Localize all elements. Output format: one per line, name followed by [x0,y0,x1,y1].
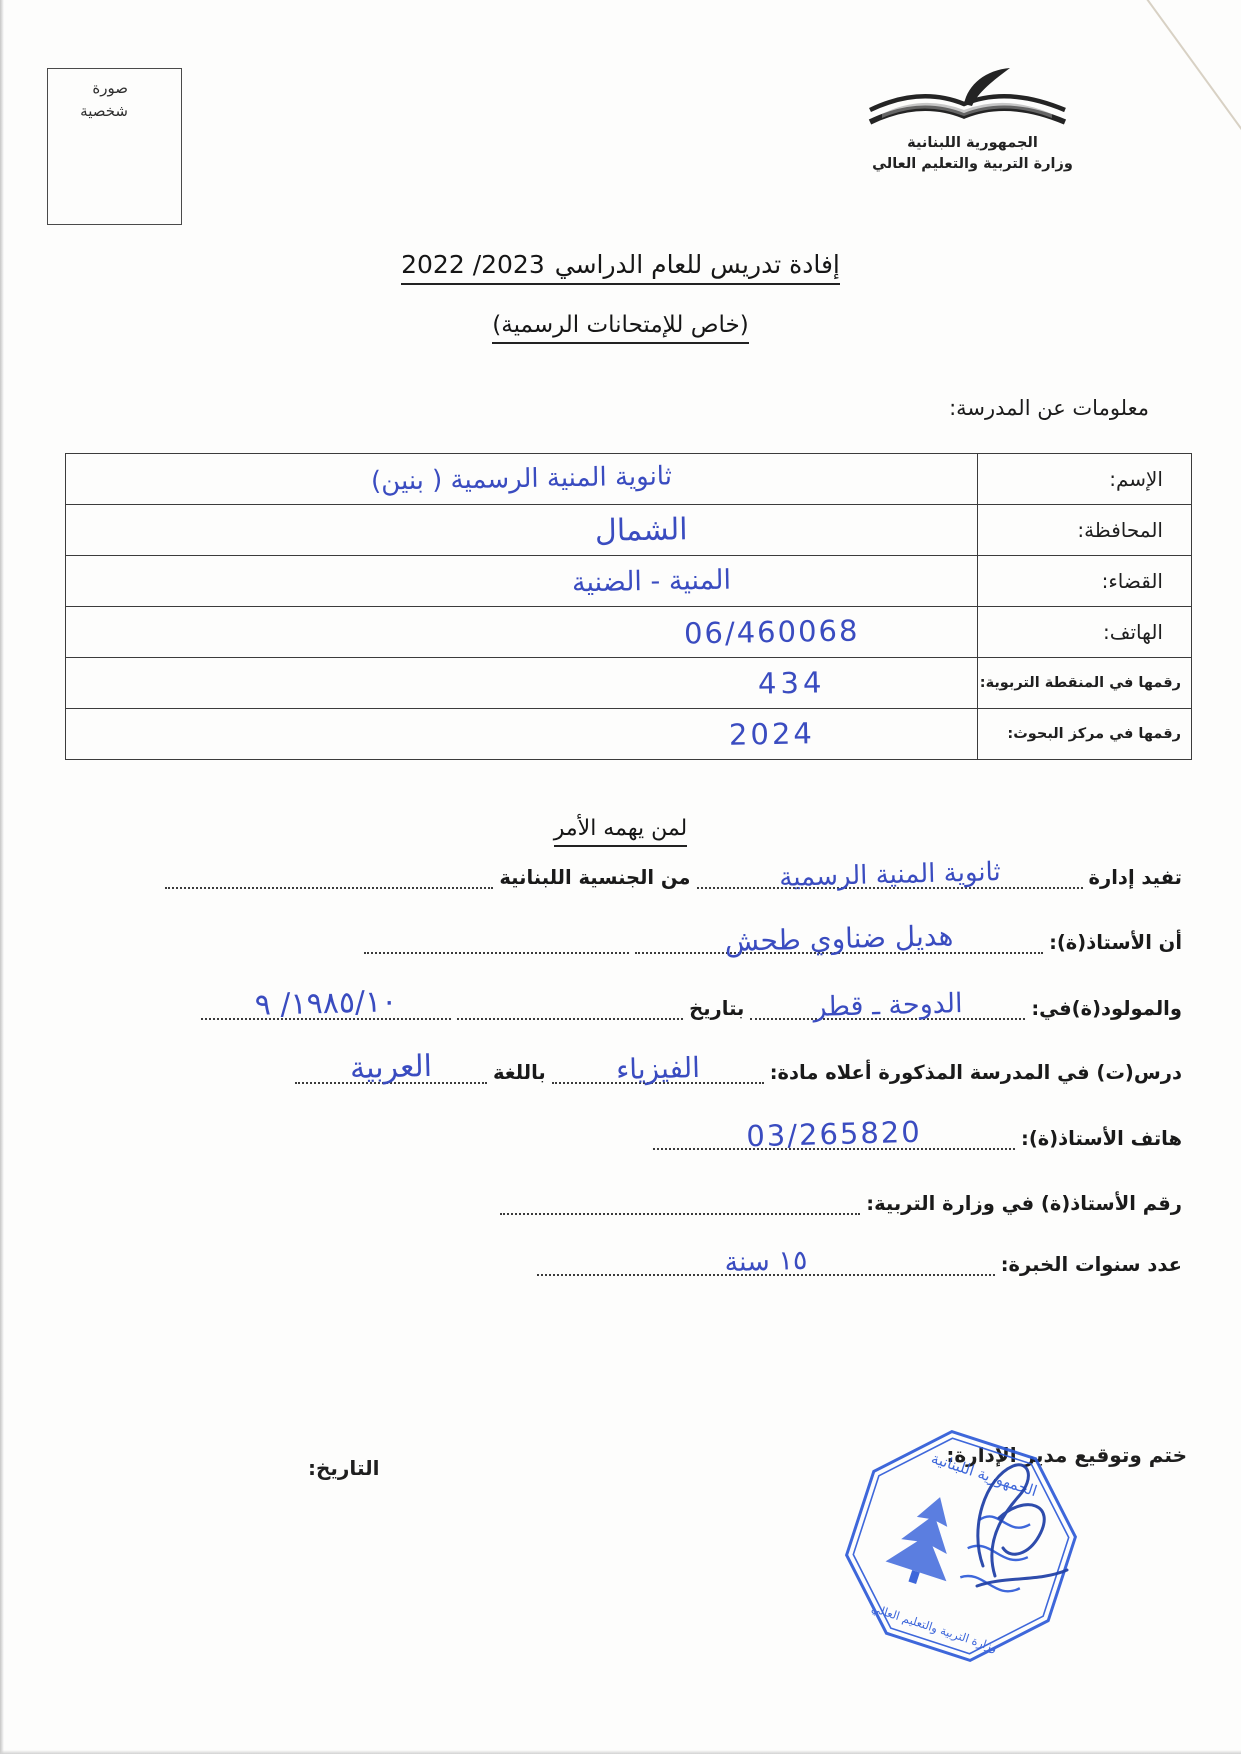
line5-prefix: هاتف الأستاذ(ة): [1021,1127,1182,1150]
subject-line: درس(ت) في المدرسة المذكورة أعلاه مادة: ا… [292,1061,1185,1084]
experience-line: عدد سنوات الخبرة: ١٥ سنة [534,1253,1185,1276]
scanned-teaching-certificate: صورة شخصية الجمهورية اللبنانية وزارة الت… [0,0,1241,1754]
photo-placeholder-box: صورة شخصية [47,68,182,225]
row-label: القضاء: [977,556,1191,606]
form-title-text: إفادة تدريس للعام الدراسي [555,250,840,279]
scan-edge-artifact [0,1750,1241,1754]
handwritten-school-phone: 06/460068 [684,613,860,650]
nationality-text: من الجنسية اللبنانية [499,866,690,889]
ministry-name-block: الجمهورية اللبنانية وزارة التربية والتعل… [845,133,1100,175]
scan-fold-line [1144,0,1241,136]
handwritten-governorate: الشمال [595,512,688,549]
table-row: القضاء: المنية - الضنية [66,556,1191,607]
language-label: باللغة [493,1061,546,1084]
dotted-field [165,873,493,889]
dotted-field [364,938,629,954]
photo-box-label: صورة شخصية [60,77,128,122]
birthdate-label: بتاريخ [689,997,744,1020]
handwritten-school-name: ثانوية المنية الرسمية [778,857,1000,893]
table-row: الإسم: ثانوية المنية الرسمية ( بنين) [66,454,1191,505]
row-label: رقمها في مركز البحوث: [977,709,1191,759]
handwritten-district: المنية - الضنية [572,564,731,598]
line4-prefix: درس(ت) في المدرسة المذكورة أعلاه مادة: [770,1061,1182,1084]
handwritten-birthdate: ١٩٨٥/١٠/ ٩ [254,984,397,1023]
handwritten-district-number: 434 [758,665,826,700]
row-value-cell: 434 [66,658,977,708]
dotted-field-teacher-phone: 03/265820 [653,1134,1015,1150]
table-row: رقمها في مركز البحوث: 2024 [66,709,1191,759]
dotted-field-school-name: ثانوية المنية الرسمية [697,873,1083,889]
line2-prefix: أن الأستاذ(ة): [1049,931,1182,954]
administration-line: تفيد إدارة ثانوية المنية الرسمية من الجن… [162,866,1185,889]
ministry-book-logo-icon [860,66,1075,136]
table-row: الهاتف: 06/460068 [66,607,1191,658]
dotted-field-experience: ١٥ سنة [537,1260,995,1276]
row-label: رقمها في المنقطة التربوية: [977,658,1191,708]
school-info-table: الإسم: ثانوية المنية الرسمية ( بنين) الم… [65,453,1192,760]
dotted-field-language: العربية [295,1068,487,1084]
signature [955,1448,1085,1598]
handwritten-teacher-name: هديل ضناوي طحش [724,919,953,958]
to-whom-it-may-concern-heading: لمن يهمه الأمر [0,816,1241,841]
dotted-field-teacher-name: هديل ضناوي طحش [635,938,1043,954]
school-info-heading: معلومات عن المدرسة: [949,396,1149,420]
dotted-field-birthplace: الدوحة ـ قطر [750,1004,1025,1020]
table-row: رقمها في المنقطة التربوية: 434 [66,658,1191,709]
row-label: الهاتف: [977,607,1191,657]
line7-prefix: عدد سنوات الخبرة: [1001,1253,1182,1276]
line3-prefix: والمولود(ة)في: [1031,997,1182,1020]
row-value-cell: 06/460068 [66,607,977,657]
row-label: الإسم: [977,454,1191,504]
republic-name: الجمهورية اللبنانية [845,133,1100,154]
row-value-cell: الشمال [66,505,977,555]
handwritten-experience-years: ١٥ سنة [724,1245,808,1278]
line1-prefix: تفيد إدارة [1089,866,1182,889]
dotted-field [457,1004,683,1020]
handwritten-research-number: 2024 [728,716,814,751]
line6-prefix: رقم الأستاذ(ة) في وزارة التربية: [866,1192,1182,1215]
ministry-name: وزارة التربية والتعليم العالي [845,154,1100,175]
form-subtitle: (خاص للإمتحانات الرسمية) [0,312,1241,338]
date-label: التاريخ: [308,1456,379,1480]
handwritten-school-name: ثانوية المنية الرسمية ( بنين) [371,461,672,496]
teacher-phone-line: هاتف الأستاذ(ة): 03/265820 [650,1127,1185,1150]
row-value-cell: المنية - الضنية [66,556,977,606]
row-value-cell: ثانوية المنية الرسمية ( بنين) [66,454,977,504]
table-row: المحافظة: الشمال [66,505,1191,556]
birth-line: والمولود(ة)في: الدوحة ـ قطر بتاريخ ١٩٨٥/… [198,997,1185,1020]
dotted-field-subject: الفيزياء [552,1068,764,1084]
handwritten-language: العربية [350,1049,433,1086]
teacher-name-line: أن الأستاذ(ة): هديل ضناوي طحش [361,931,1185,954]
handwritten-birthplace: الدوحة ـ قطر [813,988,963,1023]
dotted-field-ministry-number [500,1199,860,1215]
dotted-field-birthdate: ١٩٨٥/١٠/ ٩ [201,1004,451,1020]
academic-years: 2022 /2023 [401,250,545,279]
form-title: إفادة تدريس للعام الدراسي 2022 /2023 [0,250,1241,279]
ministry-number-line: رقم الأستاذ(ة) في وزارة التربية: [497,1192,1185,1215]
row-label: المحافظة: [977,505,1191,555]
handwritten-subject: الفيزياء [615,1051,700,1086]
row-value-cell: 2024 [66,709,977,759]
handwritten-teacher-phone: 03/265820 [746,1115,922,1154]
